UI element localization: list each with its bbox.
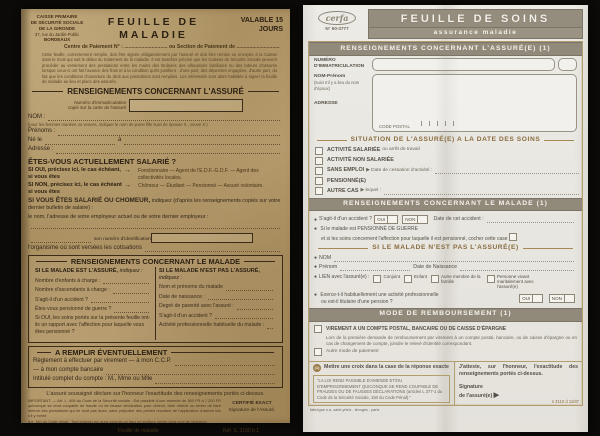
salarie-question-header: ÊTES-VOUS ACTUELLEMENT SALARIÉ ? [28, 157, 283, 166]
nom-row: NOM : [28, 114, 283, 122]
field-row: S'agit-il d'un accident ? [35, 296, 152, 303]
employer-label: le nom, l'adresse de votre employeur act… [28, 214, 209, 221]
penal-code-line: Art. 150 du Code pénal : Tout individu q… [28, 420, 283, 425]
field-row: Nombre d'ascendants à charge : [35, 287, 152, 294]
dotted-line [226, 284, 273, 291]
malade-col-non-assure: SI LE MALADE N'EST PAS L'ASSURÉ, indique… [155, 267, 279, 340]
remboursement-block: VIREMENT A UN COMPTE POSTAL, BANCAIRE OU… [309, 322, 582, 360]
bullet-icon: ● [314, 255, 317, 262]
reference-number: s 3110 d 11/87 [552, 399, 579, 404]
lien-option: Autre membre de la famille [431, 274, 483, 284]
malade-section-box: RENSEIGNEMENTS CONCERNANT LE MALADE SI L… [28, 255, 283, 342]
lien-option: Conjoint [373, 274, 400, 283]
payment-center-line: Centre de Paiement N° : ................… [64, 44, 283, 51]
code-postal-label: CODE POSTAL [379, 124, 410, 130]
intro-paragraph: Cette feuille, correctement remplie, doi… [42, 52, 277, 85]
footer-right-cell: J'atteste, sur l'honneur, l'exactitude d… [455, 362, 582, 405]
issuer-block: CAISSE PRIMAIRE DE SÉCURITÉ SOCIALE DE L… [28, 14, 86, 43]
organisme-row: l'organisme où sont versées les cotisati… [28, 245, 283, 253]
dotted-line [45, 138, 115, 145]
dash-line [523, 248, 573, 249]
certifie-exact-label: CERTIFIÉ EXACT [221, 401, 283, 408]
situation-item: AUTRE CAS ▶ lequel : [309, 187, 582, 195]
dash-line [317, 140, 347, 141]
checkbox-icon [314, 348, 322, 356]
ident-label: son numéro d'identification [94, 237, 151, 243]
dotted-line [113, 287, 149, 294]
section-assure-header: RENSEIGNEMENTS CONCERNANT L'ASSURÉ [28, 87, 283, 97]
dotted-line [237, 303, 273, 310]
si-oui-label: SI OUI, précisez ici, le cas échéant, si… [28, 167, 124, 180]
situation-item: PENSIONNÉ(E) [309, 177, 582, 185]
lien-row: ● LIEN avec l'assuré(e) : Conjoint Enfan… [314, 274, 577, 290]
dotted-line [124, 138, 280, 145]
section-assure-bar: RENSEIGNEMENTS CONCERNANT L'ASSURÉ(E) (1… [309, 42, 582, 56]
dotted-line [103, 277, 149, 284]
arrow-icon: → [124, 167, 138, 176]
scan-background: { "left": { "issuer": ["CAISSE PRIMAIRE"… [0, 0, 600, 436]
prenoms-label: Prénoms : [28, 128, 55, 136]
chomeur-instruction: SI VOUS ÊTES SALARIÉ OU CHOMEUR, indique… [28, 197, 283, 213]
bullet-icon: ● [314, 292, 317, 298]
situation-header: SITUATION DE L'ASSURÉ(E) A LA DATE DES S… [313, 136, 578, 145]
banque-row: — à mon compte bancaire [33, 367, 278, 375]
note-1: (1) Mettre une croix dans la case de la … [313, 364, 450, 372]
not-assure-header: SI LE MALADE N'EST PAS L'ASSURÉ(E) [314, 244, 577, 253]
adresse-label: ADRESSE [314, 101, 372, 107]
nom-row: ● NOM [314, 255, 577, 262]
employer-row: le nom, l'adresse de votre employeur act… [28, 214, 283, 221]
signature-label: Signature de l'Assuré. [221, 408, 283, 415]
col-right-head: SI LE MALADE N'EST PAS L'ASSURÉ, indique… [159, 268, 276, 282]
section-malade-header: RENSEIGNEMENTS CONCERNANT LE MALADE [32, 257, 279, 266]
checkbox-icon [487, 275, 495, 283]
immatriculation-row: NUMÉRO D'IMMATRICULATION [314, 58, 577, 71]
ne-le-label: Né le [28, 137, 42, 145]
checkbox-icon [404, 275, 412, 283]
printer-imprint: fabrègue s.a. saint-yrieix - limoges - p… [308, 408, 583, 413]
checkbox-icon [431, 275, 439, 283]
situation-item: ACTIVITÉ NON SALARIÉE [309, 157, 582, 165]
checkbox-icon [315, 147, 323, 155]
si-oui-options: Fonctionnaire — Agent de l'E.D.F.-G.D.F.… [138, 167, 283, 181]
chomeur-bold: SI VOUS ÊTES SALARIÉ OU CHOMEUR, [28, 197, 150, 204]
document-subtitle: assurance maladie [368, 28, 583, 38]
ident-field [151, 233, 253, 243]
reference-number: Réf. S. 3190 b 1 [223, 428, 259, 434]
dash-line [318, 248, 368, 249]
situation-item: ACTIVITÉ SALARIÉE ou arrêt de travail [309, 147, 582, 155]
important-text: IMPORTANT. — Art. L. 408 du Code de la S… [28, 399, 221, 419]
a-label: à [118, 137, 121, 145]
si-non-row: SI NON, précisez ici, le cas échéant si … [28, 182, 283, 195]
checkbox-icon [314, 325, 322, 333]
signature-arrow-icon: ▶ [494, 392, 499, 399]
virement-item: VIREMENT A UN COMPTE POSTAL, BANCAIRE OU… [314, 325, 577, 333]
rule-line [36, 261, 67, 262]
col-left-head: SI LE MALADE EST L'ASSURÉ, indiquez : [35, 268, 152, 275]
dotted-line [267, 322, 273, 329]
si-non-options: Chômeur — Étudiant — Pensionné — Assuré … [138, 182, 283, 190]
dotted-line [114, 306, 149, 313]
section-remboursement-bar: MODE DE REMBOURSEMENT (1) [309, 308, 582, 322]
pension-guerre-row: ● Si le malade est PENSIONNÉ DE GUERRE e… [314, 226, 577, 242]
checkbox-icon [315, 177, 323, 185]
virement-note: Lors de la première demande de rembourse… [326, 335, 577, 347]
document-title: FEUILLE DE MALADIE [86, 14, 221, 42]
rule-line [32, 91, 63, 92]
validity-label: VALABLE 15 JOURS [221, 14, 283, 35]
nom-adresse-labels: NOM-Prénom (suivi s'il y a lieu du nom d… [314, 74, 372, 132]
checkbox-icon [315, 187, 323, 195]
field-row: Êtes-vous pensionné de guerre ? [35, 306, 152, 313]
rule-line [171, 352, 274, 353]
checkbox-icon [315, 157, 323, 165]
nom-label: NOM : [28, 114, 45, 122]
prenom-row: ● Prénom Date de Naissance [314, 264, 577, 271]
field-row: Nom et prénoms du malade [159, 284, 276, 291]
bullet-icon: ● [314, 226, 317, 232]
document-title: FEUILLE DE SOINS [368, 9, 583, 28]
immatriculation-row: Numéro d'immatriculation copié sur la ca… [28, 99, 283, 112]
important-block: IMPORTANT. — Art. L. 408 du Code de la S… [28, 399, 283, 419]
situation-checklist: ACTIVITÉ SALARIÉE ou arrêt de travail AC… [309, 147, 582, 196]
field-row: Nombre d'enfants à charge : [35, 277, 152, 284]
declaration-line: L'assuré soussigné déclare sur l'honneur… [28, 391, 283, 398]
bullet-icon: ● [314, 217, 317, 224]
dotted-line [31, 236, 91, 243]
si-non-label: SI NON, précisez ici, le cas échéant si … [28, 182, 124, 195]
lien-option: Personne vivant maritalement avec l'assu… [487, 274, 539, 290]
title-bars: FEUILLE DE SOINS assurance maladie [368, 9, 583, 39]
field-paragraph: Si OUI, les soins portés sur la présente… [35, 315, 152, 336]
section-remplir-header: A REMPLIR ÉVENTUELLEMENT [33, 348, 278, 357]
dotted-line [334, 255, 574, 262]
non-checkbox: NON [549, 294, 575, 303]
remplir-section-box: A REMPLIR ÉVENTUELLEMENT Règlement à eff… [28, 346, 283, 389]
form-frame: RENSEIGNEMENTS CONCERNANT L'ASSURÉ(E) (1… [308, 41, 583, 406]
note-1-badge-icon: (1) [313, 364, 321, 372]
organisme-label: l'organisme où sont versées les cotisati… [28, 245, 142, 253]
section-remplir-title: A REMPLIR ÉVENTUELLEMENT [55, 348, 167, 357]
code-postal-ticks [421, 121, 461, 126]
signature-label: Signature de l'assuré(e) ▶ [459, 384, 578, 400]
field-row: Degré de parenté avec l'assuré : [159, 303, 276, 310]
immatriculation-field [372, 58, 555, 71]
checkbox-icon [509, 233, 517, 241]
si-oui-row: SI OUI, précisez ici, le cas échéant, si… [28, 167, 283, 181]
nom-adresse-field: CODE POSTAL [372, 74, 577, 132]
situation-item: SANS EMPLOI ▶ Date de cessation d'activi… [309, 167, 582, 175]
immatriculation-label: Numéro d'immatriculation copié sur la ca… [68, 100, 126, 111]
adresse-label: Adresse : [28, 146, 53, 154]
law-warning-box: "LA LOI REND PASSIBLE D'AMENDE ET/OU D'E… [313, 375, 450, 403]
feuille-de-soins-document: cerfa N° 60-3777 FEUILLE DE SOINS assura… [303, 5, 588, 432]
activite-question-row: ● Exerce-t-il habituellement une activit… [314, 292, 577, 305]
dotted-line [340, 264, 410, 271]
autre-mode-item: Autre mode de paiement [314, 348, 577, 356]
dash-line [544, 140, 574, 141]
checkbox-icon [373, 275, 381, 283]
assure-block: NUMÉRO D'IMMATRICULATION NOM-Prénom (sui… [309, 56, 582, 134]
dotted-line [460, 264, 574, 271]
rule-line [37, 352, 51, 353]
rule-line [244, 261, 275, 262]
field-row: Activité professionnelle habituelle du m… [159, 322, 276, 329]
field-row: Date de naissance : [159, 293, 276, 300]
lien-option: Enfant [404, 274, 427, 283]
section-assure-title: RENSEIGNEMENTS CONCERNANT L'ASSURÉ [67, 87, 244, 97]
non-checkbox: NON [402, 215, 428, 224]
certify-signature-block: CERTIFIÉ EXACT Signature de l'Assuré. [221, 399, 283, 419]
left-doc-footer: Feuille de maladie Réf. S. 3190 b 1 [28, 428, 283, 434]
dotted-line [91, 296, 149, 303]
cerfa-block: cerfa N° 60-3777 [310, 11, 364, 32]
bullet-icon: ● [314, 274, 317, 281]
nom-note: (pour les femmes mariées ou veuves, indi… [28, 122, 283, 127]
key-digit-field [558, 58, 577, 71]
dotted-line [155, 377, 275, 384]
nom-note: (suivi s'il y a lieu du nom d'époux) [314, 80, 372, 91]
cerfa-logo: cerfa [318, 11, 357, 25]
dotted-line [56, 147, 280, 154]
naissance-row: Né le à [28, 137, 283, 145]
dotted-line [208, 293, 273, 300]
checkbox-icon [315, 167, 323, 175]
dotted-line [215, 312, 273, 319]
intitule-row: Intitulé complet du compte : M., Mme ou … [33, 376, 278, 384]
section-malade-title: RENSEIGNEMENTS CONCERNANT LE MALADE [71, 257, 240, 266]
dotted-line [31, 222, 280, 229]
feuille-de-maladie-document: CAISSE PRIMAIRE DE SÉCURITÉ SOCIALE DE L… [21, 9, 290, 423]
malade-columns: SI LE MALADE EST L'ASSURÉ, indiquez : No… [32, 267, 279, 340]
malade-col-assure: SI LE MALADE EST L'ASSURÉ, indiquez : No… [32, 267, 155, 340]
bullet-icon: ● [314, 264, 317, 271]
dotted-line [58, 129, 280, 136]
nom-adresse-row: NOM-Prénom (suivi s'il y a lieu du nom d… [314, 74, 577, 132]
arrow-icon: → [124, 182, 138, 191]
dotted-line [487, 216, 574, 223]
prenoms-row: Prénoms : [28, 128, 283, 136]
right-doc-header: cerfa N° 60-3777 FEUILLE DE SOINS assura… [308, 9, 583, 39]
form-number: N° 60-3777 [310, 26, 364, 32]
oui-checkbox: OUI [519, 294, 543, 303]
rule-line [248, 91, 279, 92]
dotted-line [145, 245, 280, 252]
field-row: S'agit-il d'un accident ? [159, 312, 276, 319]
immatriculation-label: NUMÉRO D'IMMATRICULATION [314, 58, 372, 70]
dotted-line [435, 167, 579, 174]
adresse-row: Adresse : [28, 146, 283, 154]
right-doc-footer: (1) Mettre une croix dans la case de la … [309, 361, 582, 405]
section-malade-bar: RENSEIGNEMENTS CONCERNANT LE MALADE (1) [309, 198, 582, 212]
dotted-line [48, 114, 280, 121]
footer-left-cell: (1) Mettre une croix dans la case de la … [309, 362, 455, 405]
ccp-row: Règlement à effectuer par virement — à m… [33, 358, 278, 366]
left-doc-header: CAISSE PRIMAIRE DE SÉCURITÉ SOCIALE DE L… [28, 14, 283, 43]
doc-name-footer: Feuille de maladie [118, 428, 159, 434]
attestation-text: J'atteste, sur l'honneur, l'exactitude d… [459, 364, 578, 378]
dotted-line [106, 368, 275, 375]
malade-block: ● S'agit-il d'un accident ? OUI NON Date… [309, 211, 582, 308]
issuer-city: BORDEAUX [28, 37, 86, 43]
dotted-line [384, 188, 579, 195]
immatriculation-field [129, 99, 243, 112]
dotted-line [175, 359, 275, 366]
ident-row: son numéro d'identification [28, 233, 283, 243]
accident-question-row: ● S'agit-il d'un accident ? OUI NON Date… [314, 215, 577, 224]
oui-checkbox: OUI [374, 215, 398, 224]
